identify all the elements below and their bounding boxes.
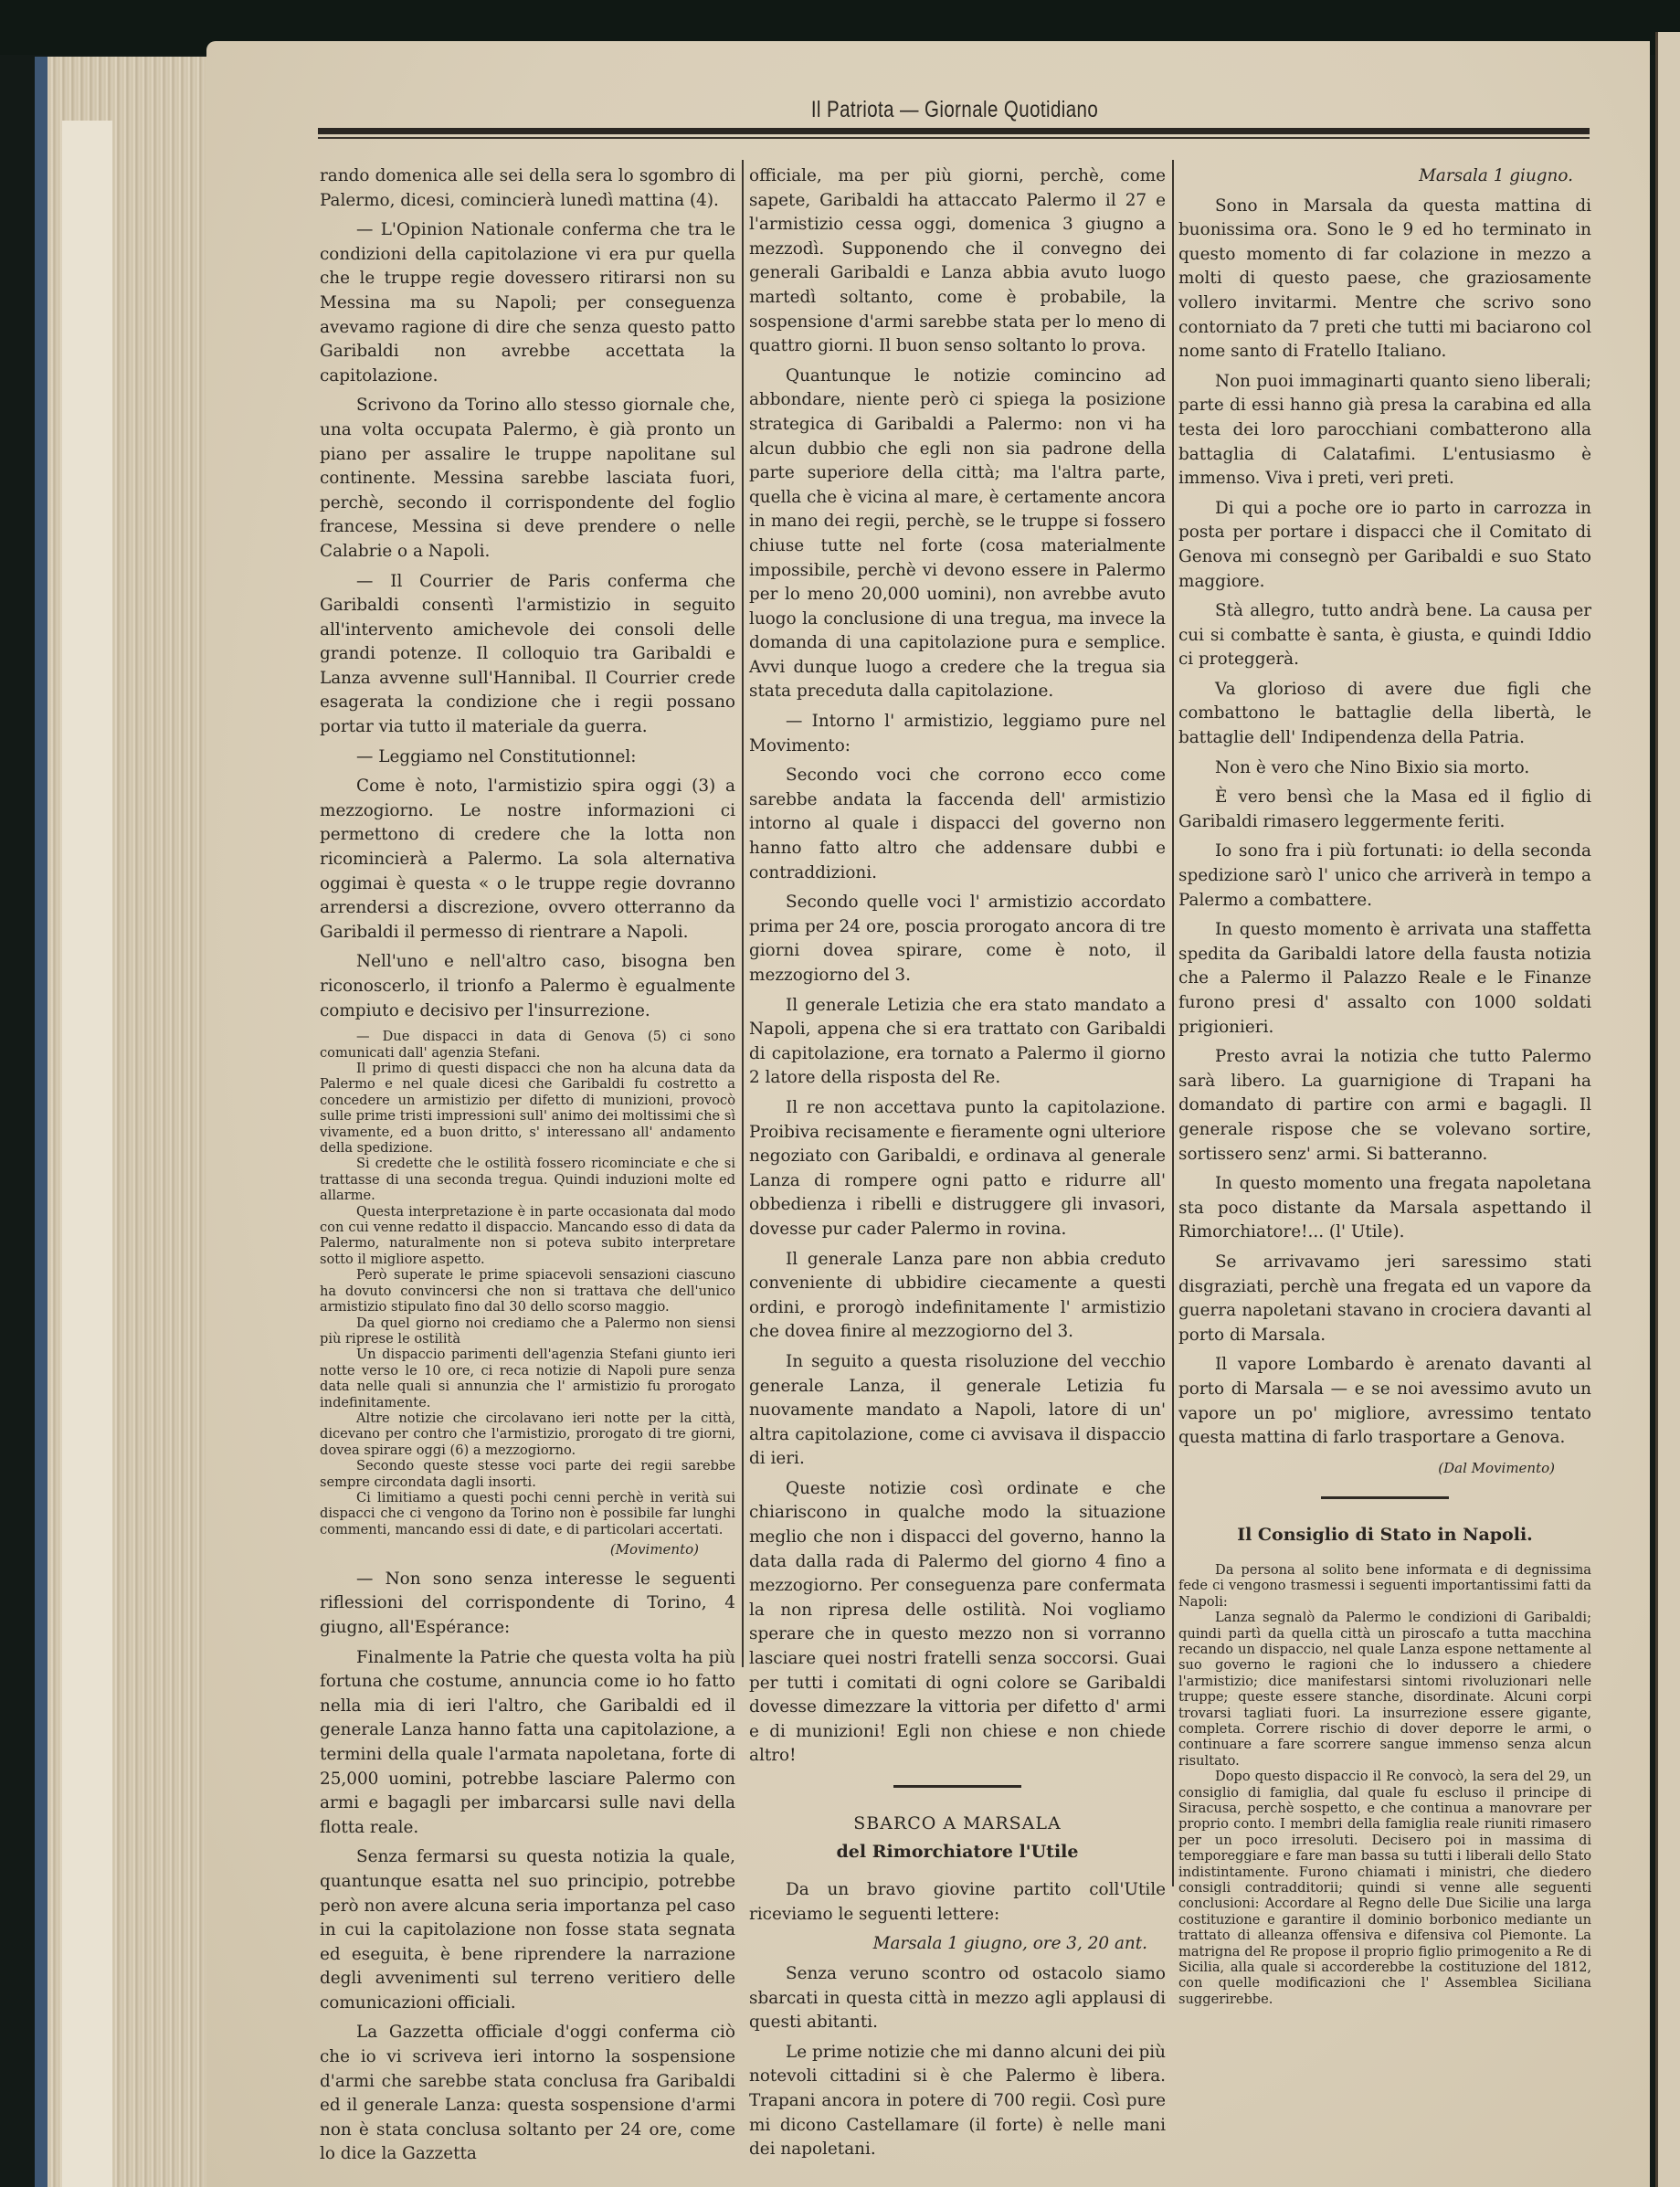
column-divider: [742, 160, 744, 1667]
article-paragraph: Scrivono da Torino allo stesso giornale …: [320, 394, 735, 564]
article-paragraph: Io sono fra i più fortunati: io della se…: [1178, 840, 1591, 913]
article-paragraph: officiale, ma per più giorni, perchè, co…: [749, 164, 1166, 359]
article-paragraph: Queste notizie così ordinate e che chiar…: [749, 1477, 1166, 1769]
next-page-edge: [1655, 32, 1680, 2187]
section-divider: [893, 1785, 1021, 1788]
article-paragraph: Sono in Marsala da questa mattina di buo…: [1178, 195, 1591, 364]
article-paragraph: È vero bensì che la Masa ed il figlio di…: [1178, 786, 1591, 834]
article-paragraph: La Gazzetta officiale d'oggi conferma ci…: [320, 2021, 735, 2167]
source-attribution: (Dal Movimento): [1178, 1456, 1591, 1481]
article-paragraph: Presto avrai la notizia che tutto Palerm…: [1178, 1045, 1591, 1167]
article-paragraph: Da un bravo giovine partito coll'Utile r…: [749, 1878, 1166, 1927]
flyleaf: [62, 121, 112, 2187]
article-paragraph-small: Un dispaccio parimenti dell'agenzia Stef…: [320, 1347, 735, 1410]
article-paragraph: Se arrivavamo jeri saressimo stati disgr…: [1178, 1251, 1591, 1347]
article-paragraph: In seguito a questa risoluzione del vecc…: [749, 1350, 1166, 1472]
article-paragraph-small: Altre notizie che circolavano ieri notte…: [320, 1410, 735, 1458]
article-paragraph: — Non sono senza interesse le seguenti r…: [320, 1568, 735, 1641]
section-heading: SBARCO A MARSALA: [749, 1812, 1166, 1836]
article-paragraph: — Leggiamo nel Constitutionnel:: [320, 745, 735, 770]
masthead-rule-thin: [318, 137, 1590, 139]
article-paragraph: Il generale Lanza pare non abbia creduto…: [749, 1248, 1166, 1345]
article-paragraph-small: Da quel giorno noi crediamo che a Palerm…: [320, 1315, 735, 1347]
article-paragraph: Nell'uno e nell'altro caso, bisogna ben …: [320, 950, 735, 1023]
section-divider: [1321, 1496, 1449, 1499]
column-middle: officiale, ma per più giorni, perchè, co…: [749, 164, 1166, 2168]
article-paragraph: Il re non accettava punto la capitolazio…: [749, 1096, 1166, 1242]
article-paragraph: Non puoi immaginarti quanto sieno libera…: [1178, 370, 1591, 491]
article-paragraph: rando domenica alle sei della sera lo sg…: [320, 164, 735, 213]
article-paragraph: Le prime notizie che mi danno alcuni dei…: [749, 2041, 1166, 2162]
article-paragraph-small: Secondo queste stesse voci parte dei reg…: [320, 1458, 735, 1490]
letter-dateline: Marsala 1 giugno, ore 3, 20 ant.: [749, 1932, 1166, 1957]
article-paragraph: — Il Courrier de Paris conferma che Gari…: [320, 570, 735, 740]
article-paragraph: Senza fermarsi su questa notizia la qual…: [320, 1845, 735, 2015]
article-paragraph-small: Questa interpretazione è in parte occasi…: [320, 1204, 735, 1268]
column-divider: [1172, 160, 1174, 1886]
article-paragraph: Non è vero che Nino Bixio sia morto.: [1178, 756, 1591, 781]
article-paragraph: Senza veruno scontro od ostacolo siamo s…: [749, 1962, 1166, 2035]
article-paragraph: Come è noto, l'armistizio spira oggi (3)…: [320, 775, 735, 945]
article-paragraph: Il generale Letizia che era stato mandat…: [749, 994, 1166, 1091]
article-paragraph-small: — Due dispacci in data di Genova (5) ci …: [320, 1029, 735, 1061]
article-paragraph: Quantunque le notizie comincino ad abbon…: [749, 364, 1166, 704]
article-paragraph: Il vapore Lombardo è arenato davanti al …: [1178, 1353, 1591, 1450]
article-paragraph: In questo momento è arrivata una staffet…: [1178, 918, 1591, 1040]
article-paragraph: Finalmente la Patrie che questa volta ha…: [320, 1646, 735, 1841]
article-paragraph-small: Dopo questo dispaccio il Re convocò, la …: [1178, 1769, 1591, 2007]
masthead-title: Il Patriota — Giornale Quotidiano: [434, 97, 1475, 123]
masthead-rule-thick: [318, 128, 1590, 134]
article-paragraph-small: Il primo di questi dispacci che non ha a…: [320, 1061, 735, 1156]
article-paragraph: — Intorno l' armistizio, leggiamo pure n…: [749, 710, 1166, 758]
section-subheading: Il Consiglio di Stato in Napoli.: [1178, 1523, 1591, 1548]
article-paragraph-small: Lanza segnalò da Palermo le condizioni d…: [1178, 1610, 1591, 1769]
article-paragraph: Di qui a poche ore io parto in carrozza …: [1178, 497, 1591, 594]
article-paragraph: In questo momento una fregata napoletana…: [1178, 1172, 1591, 1245]
article-paragraph-small: Si credette che le ostilità fossero rico…: [320, 1156, 735, 1203]
article-paragraph: Secondo quelle voci l' armistizio accord…: [749, 891, 1166, 988]
article-paragraph: Va glorioso di avere due figli che comba…: [1178, 678, 1591, 751]
source-attribution: (Movimento): [320, 1537, 735, 1562]
article-paragraph-small: Ci limitiamo a questi pochi cenni perchè…: [320, 1490, 735, 1537]
column-right: Marsala 1 giugno.Sono in Marsala da ques…: [1178, 164, 1591, 2007]
article-paragraph-small: Da persona al solito bene informata e di…: [1178, 1562, 1591, 1610]
book-page-edges: [35, 57, 208, 2187]
article-paragraph: Stà allegro, tutto andrà bene. La causa …: [1178, 599, 1591, 672]
article-paragraph-small: Però superate le prime spiacevoli sensaz…: [320, 1267, 735, 1315]
column-left: rando domenica alle sei della sera lo sg…: [320, 164, 735, 2172]
article-paragraph: — L'Opinion Nationale conferma che tra l…: [320, 218, 735, 388]
article-paragraph: Secondo voci che corrono ecco come sareb…: [749, 764, 1166, 885]
section-subheading: del Rimorchiatore l'Utile: [749, 1840, 1166, 1865]
letter-dateline: Marsala 1 giugno.: [1178, 164, 1591, 189]
